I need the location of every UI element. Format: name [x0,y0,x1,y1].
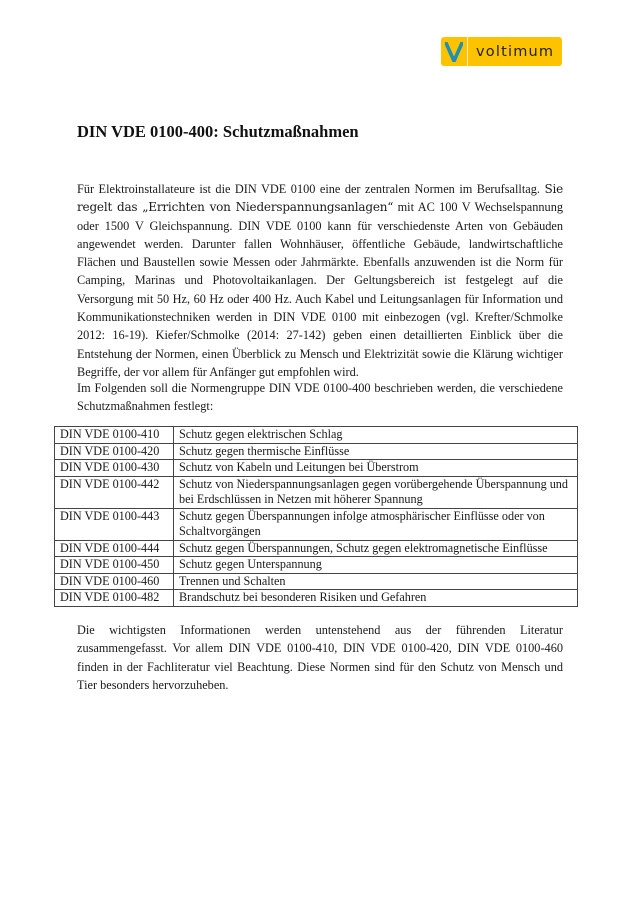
table-row: DIN VDE 0100-450Schutz gegen Unterspannu… [55,557,578,574]
norm-code: DIN VDE 0100-482 [55,590,174,607]
intro-paragraph: Für Elektroinstallateure ist die DIN VDE… [77,180,563,381]
norm-code: DIN VDE 0100-443 [55,508,174,540]
norms-intro-paragraph: Im Folgenden soll die Normengruppe DIN V… [77,379,563,416]
table-row: DIN VDE 0100-460Trennen und Schalten [55,573,578,590]
brand-name: voltimum [468,44,554,60]
summary-paragraph: Die wichtigsten Informationen werden unt… [77,621,563,694]
norm-description: Schutz gegen Unterspannung [174,557,578,574]
norm-code: DIN VDE 0100-450 [55,557,174,574]
intro-text-end: mit AC 100 V Wechselspannung oder 1500 V… [77,200,563,379]
table-row: DIN VDE 0100-420Schutz gegen thermische … [55,443,578,460]
table-row: DIN VDE 0100-444Schutz gegen Überspannun… [55,540,578,557]
voltimum-v-icon [441,37,468,66]
table-row: DIN VDE 0100-482Brandschutz bei besonder… [55,590,578,607]
norm-description: Schutz gegen Überspannungen infolge atmo… [174,508,578,540]
norm-code: DIN VDE 0100-430 [55,460,174,477]
norm-code: DIN VDE 0100-420 [55,443,174,460]
table-row: DIN VDE 0100-442Schutz von Niederspannun… [55,476,578,508]
document-title: DIN VDE 0100-400: Schutzmaßnahmen [77,122,359,142]
norm-code: DIN VDE 0100-410 [55,427,174,444]
norm-description: Schutz gegen thermische Einflüsse [174,443,578,460]
table-row: DIN VDE 0100-443Schutz gegen Überspannun… [55,508,578,540]
norm-description: Schutz gegen Überspannungen, Schutz gege… [174,540,578,557]
intro-text-start: Für Elektroinstallateure ist die DIN VDE… [77,182,544,196]
voltimum-logo: voltimum [441,37,562,66]
norm-description: Trennen und Schalten [174,573,578,590]
norm-code: DIN VDE 0100-460 [55,573,174,590]
norm-description: Schutz gegen elektrischen Schlag [174,427,578,444]
table-row: DIN VDE 0100-430Schutz von Kabeln und Le… [55,460,578,477]
table-row: DIN VDE 0100-410Schutz gegen elektrische… [55,427,578,444]
norm-description: Schutz von Niederspannungsanlagen gegen … [174,476,578,508]
norm-description: Brandschutz bei besonderen Risiken und G… [174,590,578,607]
norm-code: DIN VDE 0100-444 [55,540,174,557]
norm-code: DIN VDE 0100-442 [55,476,174,508]
norms-table: DIN VDE 0100-410Schutz gegen elektrische… [54,426,578,607]
norm-description: Schutz von Kabeln und Leitungen bei Über… [174,460,578,477]
